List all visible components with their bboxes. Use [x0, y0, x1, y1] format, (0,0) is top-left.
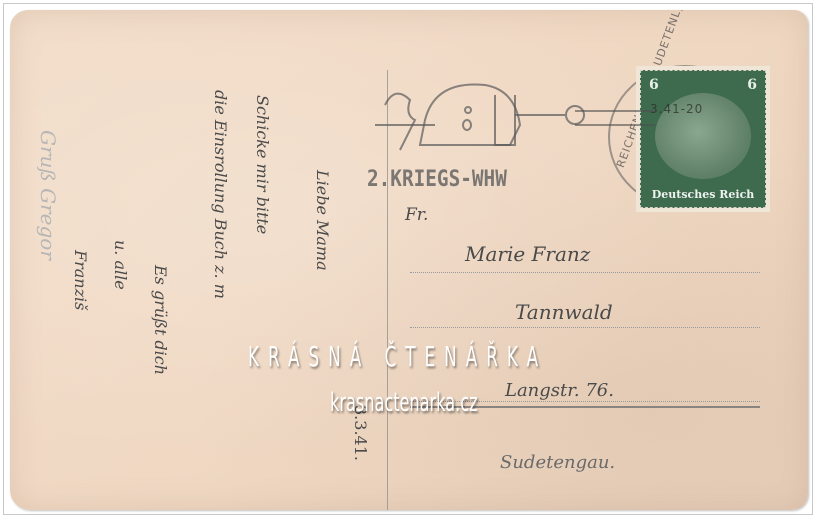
cancel-lines	[575, 110, 655, 126]
address-city: Tannwald	[515, 300, 613, 324]
stamp-value-left: 6	[649, 77, 659, 93]
message-line: Schicke mir bitte	[253, 95, 272, 234]
faded-margin-note: Gruß Gregor	[36, 130, 60, 260]
helmet-sword-oakleaf-icon	[370, 75, 590, 155]
address-line	[410, 327, 760, 328]
postage-stamp: 6 6 Deutsches Reich	[640, 70, 766, 208]
stamp-country: Deutsches Reich	[641, 188, 765, 201]
message-line: die Einsrollung Buch z. m	[211, 90, 230, 299]
message-line: Es grüßt dich	[151, 265, 170, 375]
address-street: Langstr. 76.	[505, 380, 614, 401]
stamp-value-right: 6	[747, 77, 757, 93]
message-line: Franziš	[71, 250, 90, 310]
address-region: Sudetengau.	[500, 452, 615, 473]
address-line	[410, 272, 760, 273]
message-line: u. alle	[111, 240, 130, 290]
address-name: Marie Franz	[465, 242, 590, 266]
postmark-date: 3.41-20	[650, 102, 703, 116]
postcard: Gruß Gregor Franziš u. alle Es grüßt dic…	[10, 10, 808, 510]
watermark-url: krasnactenarka.cz	[330, 388, 478, 418]
message-greeting: Liebe Mama	[313, 170, 332, 271]
watermark-title: KRÁSNÁ ČTENÁŘKA	[248, 340, 547, 373]
slogan-cancel-text: 2.KRIEGS-WHW	[367, 167, 507, 192]
address-salutation: Fr.	[405, 205, 428, 225]
